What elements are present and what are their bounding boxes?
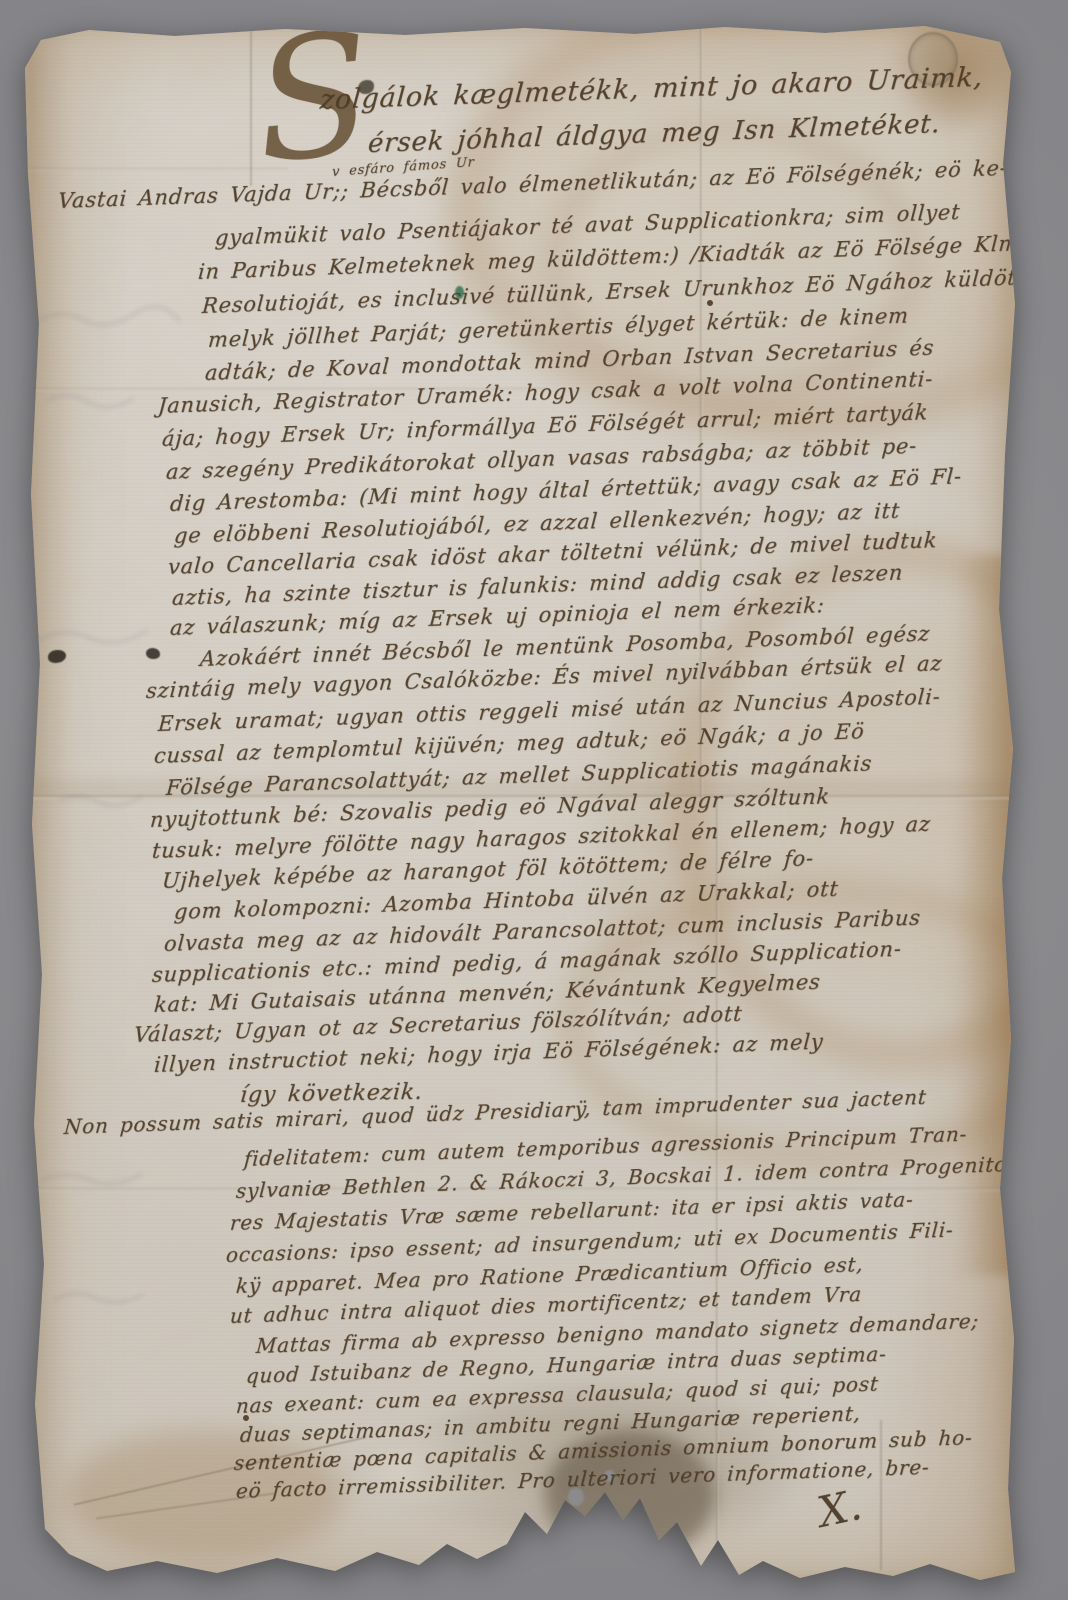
page-space: S X. zolgálok kæglmetékk, mint jo akaro …: [0, 0, 1068, 1600]
manuscript-page: S X. zolgálok kæglmetékk, mint jo akaro …: [25, 24, 1015, 1580]
paper-sheet: S X. zolgálok kæglmetékk, mint jo akaro …: [25, 24, 1015, 1580]
manuscript-line: érsek jóhhal áldgya meg Isn Klmetéket.: [367, 110, 942, 159]
text-layer: S X. zolgálok kæglmetékk, mint jo akaro …: [0, 0, 1068, 1600]
manuscript-line: zolgálok kæglmetékk, mint jo akaro Uraim…: [319, 63, 984, 116]
signature-flourish: X.: [813, 1480, 866, 1537]
scan-backdrop: S X. zolgálok kæglmetékk, mint jo akaro …: [0, 0, 1068, 1600]
